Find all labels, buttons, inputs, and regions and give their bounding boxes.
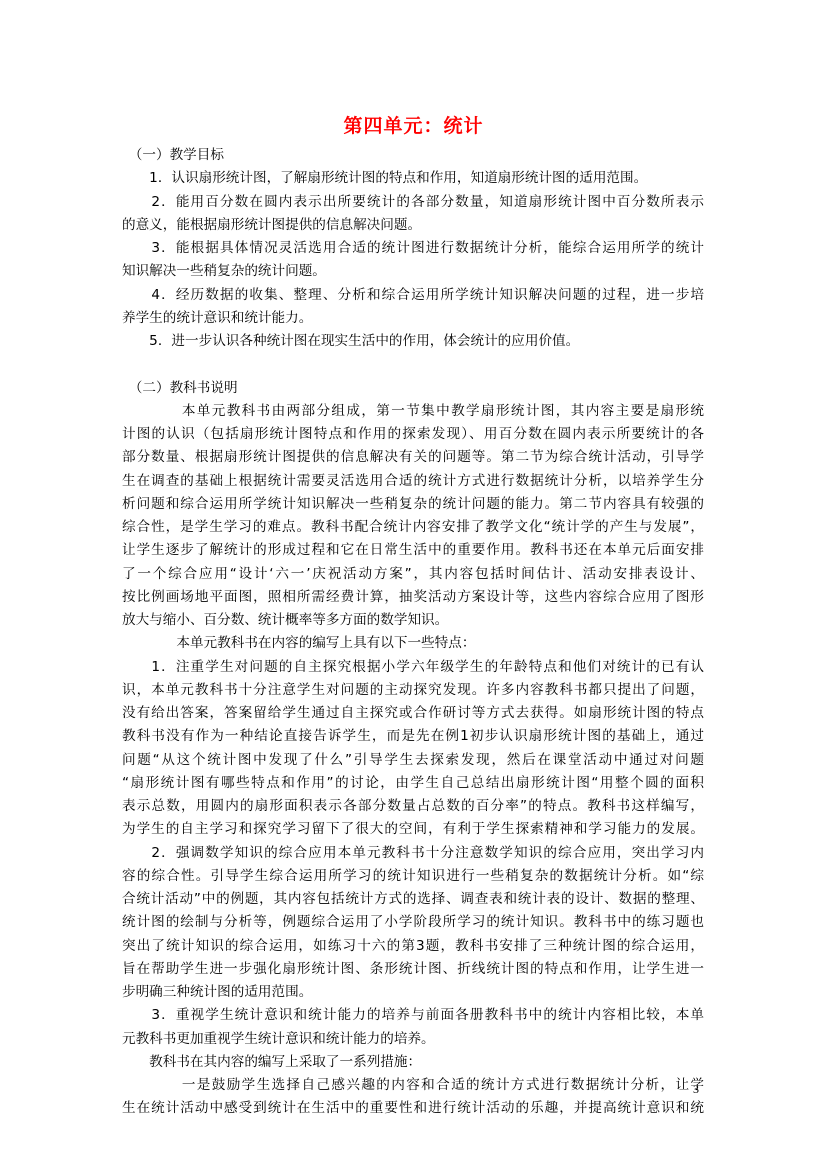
text-line: 了一个综合应用“设计‘六一’庆祝活动方案”，其内容包括时间估计、活动安排表设计、: [122, 563, 704, 586]
text-line: 让学生逐步了解统计的形成过程和它在日常生活中的重要作用。教科书还在本单元后面安排: [122, 539, 704, 562]
text-line: 2．强调数学知识的综合应用本单元教科书十分注意数学知识的综合应用，突出学习内: [122, 842, 704, 865]
text-line: 1．注重学生对问题的自主探究根据小学六年级学生的年龄特点和他们对统计的已有认: [122, 656, 704, 679]
text-line: 元教科书更加重视学生统计意识和统计能力的培养。: [122, 1028, 704, 1051]
text-line: 5．进一步认识各种统计图在现实生活中的作用，体会统计的应用价值。: [122, 330, 704, 353]
text-line: （一）教学目标: [122, 144, 704, 167]
text-line: 本单元教科书在内容的编写上具有以下一些特点：: [122, 632, 704, 655]
blank-line: [122, 353, 704, 376]
text-line: 突出了统计知识的综合运用，如练习十六的第3题，教科书安排了三种统计图的综合运用，: [122, 935, 704, 958]
text-line: 的意义，能根据扇形统计图提供的信息解决问题。: [122, 214, 704, 237]
document-page: 第四单元：统计 （一）教学目标 1．认识扇形统计图，了解扇形统计图的特点和作用，…: [0, 0, 827, 1170]
text-line: 知识解决一些稍复杂的统计问题。: [122, 260, 704, 283]
text-line: 为学生的自主学习和探究学习留下了很大的空间，有利于学生探索精神和学习能力的发展。: [122, 818, 704, 841]
text-line: 容的综合性。引导学生综合运用所学习的统计知识进行一些稍复杂的数据统计分析。如“综: [122, 865, 704, 888]
page-number: 3: [693, 1082, 699, 1097]
text-line: 教科书在其内容的编写上采取了一系列措施：: [122, 1051, 704, 1074]
text-line: 放大与缩小、百分数、统计概率等多方面的数学知识。: [122, 609, 704, 632]
text-line: 一是鼓励学生选择自己感兴趣的内容和合适的统计方式进行数据统计分析，让学: [122, 1074, 704, 1097]
text-line: 部分数量、根据扇形统计图提供的信息解决有关的问题等。第二节为综合统计活动，引导学: [122, 446, 704, 469]
text-line: “扇形统计图有哪些特点和作用”的讨论，由学生自己总结出扇形统计图“用整个圆的面积: [122, 772, 704, 795]
text-line: 计图的认识（包括扇形统计图特点和作用的探索发现）、用百分数在圆内表示所要统计的各: [122, 423, 704, 446]
text-line: 没有给出答案，答案留给学生通过自主探究或合作研讨等方式去获得。如扇形统计图的特点: [122, 702, 704, 725]
text-line: 3．能根据具体情况灵活选用合适的统计图进行数据统计分析，能综合运用所学的统计: [122, 237, 704, 260]
text-line: 按比例画场地平面图，照相所需经费计算，抽奖活动方案设计等，这些内容综合应用了图形: [122, 586, 704, 609]
text-line: 识，本单元教科书十分注意学生对问题的主动探究发现。许多内容教科书都只提出了问题，: [122, 679, 704, 702]
document-body: （一）教学目标 1．认识扇形统计图，了解扇形统计图的特点和作用，知道扇形统计图的…: [122, 144, 704, 1121]
text-line: 旨在帮助学生进一步强化扇形统计图、条形统计图、折线统计图的特点和作用，让学生进一: [122, 958, 704, 981]
text-line: 教科书没有作为一种结论直接告诉学生，而是先在例1初步认识扇形统计图的基础上，通过: [122, 725, 704, 748]
text-line: 综合性，是学生学习的难点。教科书配合统计内容安排了教学文化“统计学的产生与发展”…: [122, 516, 704, 539]
text-line: 2．能用百分数在圆内表示出所要统计的各部分数量，知道扇形统计图中百分数所表示: [122, 191, 704, 214]
text-line: 养学生的统计意识和统计能力。: [122, 307, 704, 330]
text-line: 统计图的绘制与分析等，例题综合运用了小学阶段所学习的统计知识。教科书中的练习题也: [122, 911, 704, 934]
text-line: 生在调查的基础上根据统计需要灵活选用合适的统计方式进行数据统计分析，以培养学生分: [122, 470, 704, 493]
page-title: 第四单元：统计: [0, 111, 827, 138]
text-line: 析问题和综合运用所学统计知识解决一些稍复杂的统计问题的能力。第二节内容具有较强的: [122, 493, 704, 516]
text-line: 合统计活动”中的例题，其内容包括统计方式的选择、调查表和统计表的设计、数据的整理…: [122, 888, 704, 911]
text-line: 表示总数，用圆内的扇形面积表示各部分数量占总数的百分率”的特点。教科书这样编写，: [122, 795, 704, 818]
text-line: 步明确三种统计图的适用范围。: [122, 981, 704, 1004]
text-line: （二）教科书说明: [122, 377, 704, 400]
text-line: 1．认识扇形统计图，了解扇形统计图的特点和作用，知道扇形统计图的适用范围。: [122, 167, 704, 190]
text-line: 本单元教科书由两部分组成，第一节集中教学扇形统计图，其内容主要是扇形统: [122, 400, 704, 423]
text-line: 生在统计活动中感受到统计在生活中的重要性和进行统计活动的乐趣，并提高统计意识和统: [122, 1097, 704, 1120]
text-line: 问题“从这个统计图中发现了什么”引导学生去探索发现，然后在课堂活动中通过对问题: [122, 749, 704, 772]
text-line: 3．重视学生统计意识和统计能力的培养与前面各册教科书中的统计内容相比较，本单: [122, 1004, 704, 1027]
text-line: 4．经历数据的收集、整理、分析和综合运用所学统计知识解决问题的过程，进一步培: [122, 284, 704, 307]
